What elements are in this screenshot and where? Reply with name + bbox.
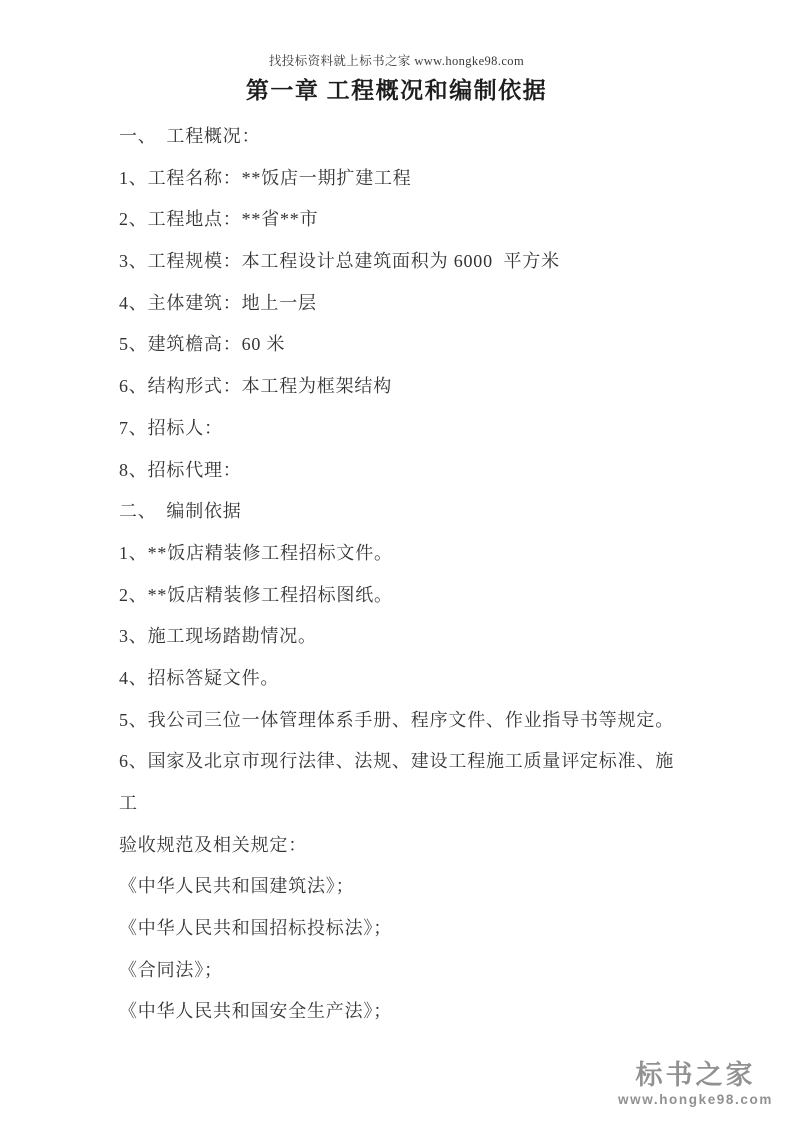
document-line: 一、 工程概况： [119, 116, 689, 158]
brand-url: www.hongke98.com [608, 1092, 783, 1107]
document-line: 《合同法》； [119, 950, 689, 992]
document-line: 二、 编制依据 [119, 491, 689, 533]
document-line: 5、建筑檐高：60 米 [119, 324, 689, 366]
brand-logo: 标书之家 [608, 1060, 783, 1090]
document-line: 《中华人民共和国建筑法》； [119, 866, 689, 908]
document-line: 工 [119, 783, 689, 825]
document-line: 2、工程地点：**省**市 [119, 199, 689, 241]
document-line: 《中华人民共和国招标投标法》； [119, 908, 689, 950]
header-watermark: 找投标资料就上标书之家 www.hongke98.com [0, 51, 793, 69]
document-line: 4、招标答疑文件。 [119, 658, 689, 700]
document-line: 8、招标代理： [119, 450, 689, 492]
document-line: 3、工程规模：本工程设计总建筑面积为 6000 平方米 [119, 241, 689, 283]
document-line: 6、结构形式：本工程为框架结构 [119, 366, 689, 408]
page-title: 第一章 工程概况和编制依据 [0, 72, 793, 105]
document-line: 7、招标人： [119, 408, 689, 450]
footer-watermark: 标书之家 www.hongke98.com [608, 1060, 783, 1107]
document-line: 5、我公司三位一体管理体系手册、程序文件、作业指导书等规定。 [119, 700, 689, 742]
document-line: 4、主体建筑：地上一层 [119, 283, 689, 325]
document-line: 《中华人民共和国安全生产法》； [119, 991, 689, 1033]
document-body: 一、 工程概况： 1、工程名称：**饭店一期扩建工程 2、工程地点：**省**市… [119, 116, 689, 1033]
document-line: 验收规范及相关规定： [119, 825, 689, 867]
document-line: 6、国家及北京市现行法律、法规、建设工程施工质量评定标准、施 [119, 741, 689, 783]
document-line: 1、工程名称：**饭店一期扩建工程 [119, 158, 689, 200]
document-line: 3、施工现场踏勘情况。 [119, 616, 689, 658]
document-line: 2、**饭店精装修工程招标图纸。 [119, 575, 689, 617]
document-page: 找投标资料就上标书之家 www.hongke98.com 第一章 工程概况和编制… [0, 0, 793, 1122]
document-line: 1、**饭店精装修工程招标文件。 [119, 533, 689, 575]
